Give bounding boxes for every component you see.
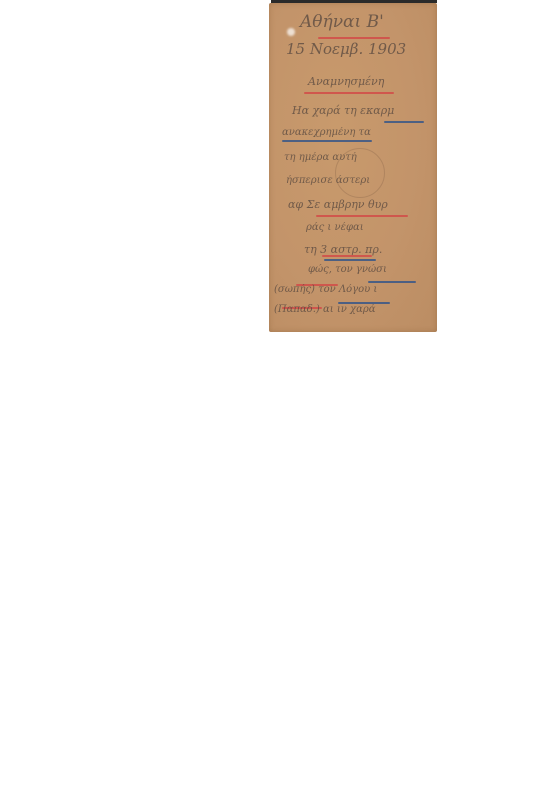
line-body: τη ημέρα αυτή <box>284 152 357 163</box>
line-body: ήσπερισε άστερι <box>286 175 370 186</box>
underline-blue <box>324 259 376 261</box>
underline-blue <box>282 140 372 142</box>
line-body: αφ Σε αμβρην θυρ <box>288 198 388 211</box>
underline-red <box>316 215 408 217</box>
line-body: φώς, τον γνώσι <box>308 264 387 275</box>
underline-red <box>304 92 394 94</box>
line-body: (Παπαδ.) αι ιν χαρά <box>274 304 375 315</box>
line-body: (σωπής) τον Λόγου ι <box>274 284 377 295</box>
line-body: Ηα χαρά τη εκαρμ <box>292 104 394 117</box>
line-body: ανακεχρημένη τα <box>282 127 371 138</box>
line-date: 15 Νοεμβ. 1903 <box>286 40 406 58</box>
underline-red <box>322 255 372 257</box>
underline-blue <box>368 281 416 283</box>
line-heading: Αναμνησμένη <box>308 75 384 88</box>
line-place: Αθήναι Β' <box>300 12 384 32</box>
underline-blue <box>384 121 424 123</box>
underline-red <box>318 37 390 39</box>
line-body: ράς ι νέφαι <box>306 222 364 233</box>
paper-blemish <box>287 28 295 36</box>
